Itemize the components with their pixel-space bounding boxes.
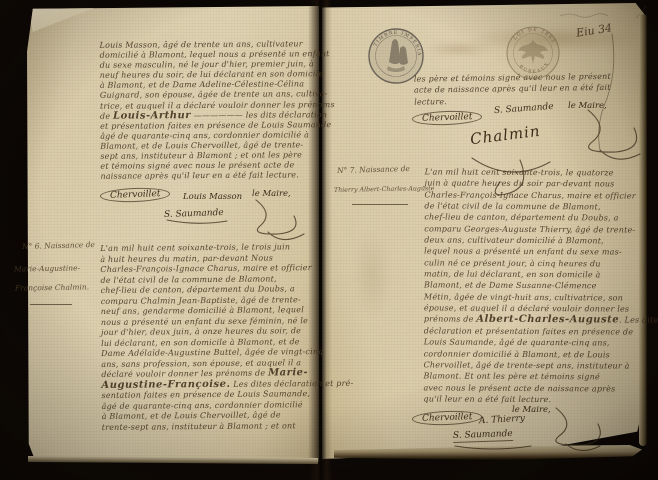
margin-rule	[352, 204, 408, 205]
maire-label: le Maire,	[512, 405, 551, 415]
act6-margin-name: Françoise Chalmin.	[15, 282, 89, 292]
page-corner-fold	[27, 6, 99, 32]
signature-chervoillet: Chervoillet	[412, 410, 483, 426]
manuscript-line: naissance après qu'il leur en a été fait…	[100, 170, 316, 182]
manuscript-line: chef-lieu de canton, département du Doub…	[424, 212, 640, 224]
page-edge-bottom-left	[28, 456, 318, 464]
manuscript-line: trente-sept ans, instituteur à Blamont ;…	[102, 421, 318, 433]
signature-saumande: S. Saumande	[164, 208, 224, 220]
manuscript-line: cordonnier domicilié à Blamont, et de Lo…	[424, 348, 640, 360]
act6-manuscript: L'an mil huit cent soixante-trois, le tr…	[100, 242, 318, 433]
act5-manuscript: Louis Masson, âgé de trente un ans, cult…	[100, 39, 317, 182]
act6-margin-name: Marie-Augustine-	[14, 263, 80, 273]
signature-chervoillet: Chervoillet	[100, 187, 171, 203]
signature-masson: Louis Masson	[183, 192, 242, 202]
signature-saumande: S. Saumande	[453, 429, 513, 443]
register-photo: TIMBRE IMPERIAL LOI DE 1862 BUREAUX Eiu …	[0, 0, 658, 480]
manuscript-line: prénoms de Albert-Charles-Auguste. Les d…	[424, 314, 640, 326]
act6-margin-number: N° 6. Naissance de	[22, 240, 95, 251]
ink-stain	[352, 230, 392, 320]
manuscript-line: juin à quatre heures du soir par-devant …	[425, 178, 641, 190]
manuscript-line: Louis Saumande, âgé de quarante-cinq ans…	[424, 337, 640, 349]
manuscript-line: qu'il leur en a été fait lecture.	[423, 393, 639, 405]
margin-rule	[30, 304, 72, 305]
manuscript-line: avec nous le présent acte de naissance a…	[423, 382, 639, 394]
signature-chervoillet: Chervoillet	[412, 110, 483, 126]
manuscript-line: Blamont, et de Dame Susanne-Clémence	[424, 280, 640, 292]
manuscript-line: L'an mil huit cent soixante-trois, le tr…	[100, 242, 316, 254]
act7-manuscript: L'an mil huit cent soixante-trois, le qu…	[423, 166, 640, 405]
maire-label: le Maire,	[568, 101, 607, 111]
ink-stain	[424, 42, 494, 56]
manuscript-line: Blamont. Et ont les père et témoins sign…	[423, 371, 639, 383]
manuscript-line: lequel nous a présenté un enfant du sexe…	[424, 246, 640, 258]
manuscript-line: Charles-François-Ignace Charus, maire et…	[100, 263, 316, 275]
maire-label: le Maire,	[252, 189, 291, 199]
act7-margin-number: N° 7. Naissance de	[337, 164, 410, 175]
